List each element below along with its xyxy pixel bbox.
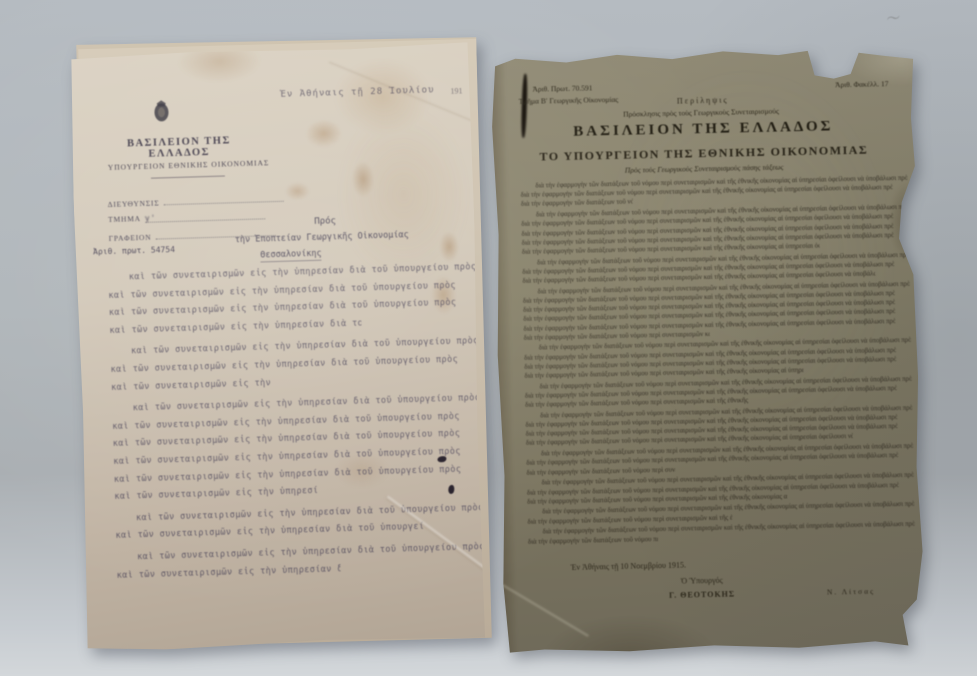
illegible-paragraph: διὰ τὴν ἐφαρμογὴν τῶν διατάξεων τοῦ νόμο… [521,203,894,257]
printed-body-text: διὰ τὴν ἐφαρμογὴν τῶν διατάξεων τοῦ νόμο… [520,174,900,548]
right-document-group: Ἀριθ. Πρωτ. 70.591 Τμῆμα Β′ Γεωργικῆς Οἰ… [496,50,920,652]
department-line: Τμῆμα Β′ Γεωργικῆς Οἰκονομίας [519,95,619,106]
secondary-signature: Ν. Λίτσας [827,587,875,597]
illegible-paragraph: διὰ τὴν ἐφαρμογὴν τῶν διατάξεων τοῦ νόμο… [525,404,898,449]
illegible-text-line: καὶ τῶν συνεταιρισμῶν εἰς τὴν ὑπηρεσίαν … [111,375,272,397]
form-value: γ' [145,214,156,223]
dotted-line: γ' [145,210,265,223]
date-line: Ἐν Ἀθήναις τῇ 10 Νοεμβρίου 1915. [570,561,686,572]
form-label: ΤΜΗΜΑ [108,214,141,224]
dotted-line [163,193,283,206]
typed-body-text: καὶ τῶν συνεταιρισμῶν εἰς τὴν ὑπηρεσίαν … [108,260,467,589]
left-document-group: Ἐν Ἀθήναις τῇ 28 Ἰουλίου 191 ΒΑΣΙΛΕΙΟΝ Τ… [78,48,478,646]
date-line: Ἐν Ἀθήναις τῇ 28 Ἰουλίου [280,85,434,100]
illegible-paragraph: καὶ τῶν συνεταιρισμῶν εἰς τὴν ὑπηρεσίαν … [112,391,465,507]
illegible-paragraph: καὶ τῶν συνεταιρισμῶν εἰς τὴν ὑπηρεσίαν … [116,539,467,585]
minister-label: Ὁ Ὑπουργός [681,576,723,586]
summary-label: Περίληψις [641,95,765,107]
file-number: Ἀριθ. Φακέλλ. 17 [835,79,889,89]
addressee-line-underlined: Θεσσαλονίκης [260,249,322,263]
illegible-paragraph: καὶ τῶν συνεταιρισμῶν εἰς τὴν ὑπηρεσίαν … [115,500,466,546]
preprinted-year: 191 [450,86,462,95]
addressee-heading: Πρός [314,216,336,227]
illegible-text-line: διὰ τὴν ἐφαρμογὴν τῶν διατάξεων τοῦ νόμο… [528,535,658,547]
illegible-paragraph: διὰ τὴν ἐφαρμογὴν τῶν διατάξεων τοῦ νόμο… [523,280,896,343]
form-label: ΔΙΕΥΘΥΝΣΙΣ [108,198,160,209]
photo-of-documents: Ἐν Ἀθήναις τῇ 28 Ἰουλίου 191 ΒΑΣΙΛΕΙΟΝ Τ… [0,0,977,676]
illegible-paragraph: καὶ τῶν συνεταιρισμῶν εἰς τὴν ὑπηρεσίαν … [108,260,460,341]
form-row-direction: ΔΙΕΥΘΥΝΣΙΣ [108,193,284,209]
protocol-number: Ἀριθ. πρωτ. 54754 [93,245,175,256]
illegible-paragraph: διὰ τὴν ἐφαρμογὴν τῶν διατάξεων τοῦ νόμο… [524,337,897,382]
illegible-text-line: διὰ τὴν ἐφαρμογὴν τῶν διατάξεων τοῦ νόμο… [521,198,633,210]
kingdom-header: ΒΑΣΙΛΕΙΟΝ ΤΗΣ ΕΛΛΑΔΟΣ [100,135,259,162]
left-document: Ἐν Ἀθήναις τῇ 28 Ἰουλίου 191 ΒΑΣΙΛΕΙΟΝ Τ… [69,42,487,652]
header-rule [151,176,225,179]
kingdom-title: ΒΑΣΙΛΕΙΟΝ ΤΗΣ ΕΛΛΑΔΟΣ [533,117,873,141]
form-label: ΓΡΑΦΕΙΟΝ [109,233,152,243]
paper-crease [502,584,589,637]
protocol-number: Ἀριθ. Πρωτ. 70.591 [532,83,592,93]
form-row-section: ΤΜΗΜΑγ' [108,210,265,224]
illegible-paragraph: καὶ τῶν συνεταιρισμῶν εἰς τὴν ὑπηρεσίαν … [110,334,461,397]
pencil-mark: 〜 [885,3,928,28]
minister-signature: Γ. ΘΕΟΤΟΚΗΣ [669,589,735,599]
coat-of-arms-icon [153,99,171,123]
right-document: Ἀριθ. Πρωτ. 70.591 Τμῆμα Β′ Γεωργικῆς Οἰ… [490,46,927,657]
